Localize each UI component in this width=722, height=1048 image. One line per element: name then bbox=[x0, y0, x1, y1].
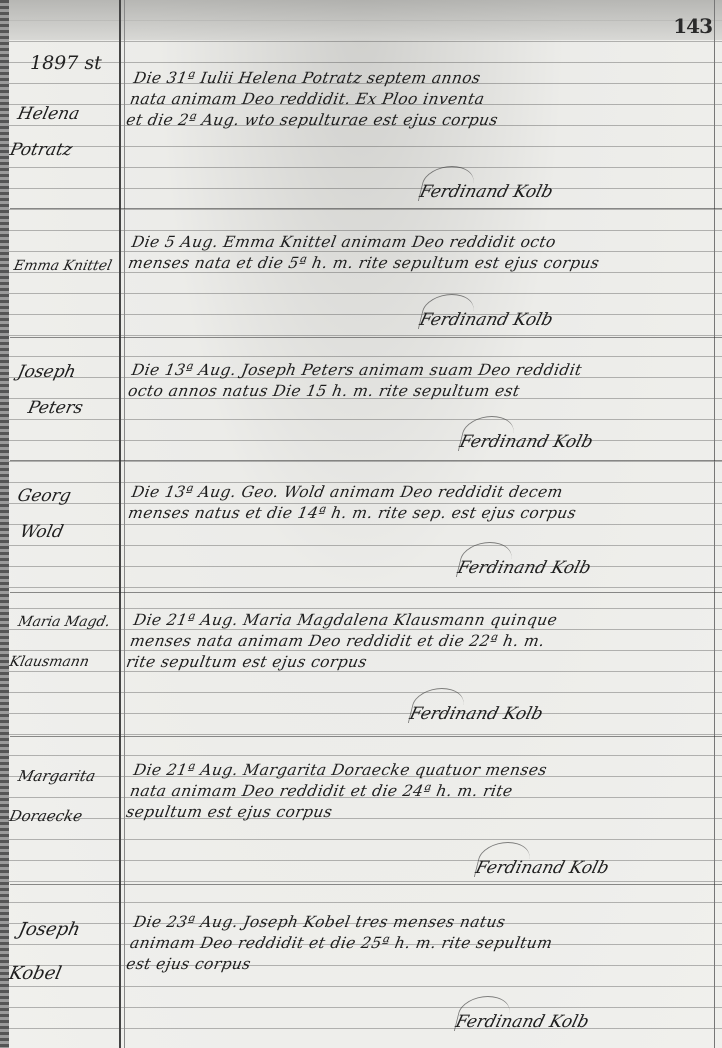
entry-divider bbox=[10, 460, 722, 461]
register-page: 143 1897 st Helena Potratz Die 31ª Iulii… bbox=[0, 0, 722, 1048]
text-line: menses nata et die 5ª h. m. rite sepultu… bbox=[126, 253, 715, 274]
text-line: menses natus et die 14ª h. m. rite sep. … bbox=[126, 503, 715, 524]
text-line: et die 2ª Aug. wto sepulturae est ejus c… bbox=[124, 110, 713, 131]
name-line: Georg bbox=[14, 478, 126, 514]
priest-signature: Ferdinand Kolb bbox=[458, 432, 722, 452]
entry-text: Die 21ª Aug. Maria Magdalena Klausmann q… bbox=[124, 610, 720, 673]
name-line: Emma Knittel bbox=[10, 248, 122, 284]
priest-signature: Ferdinand Kolb bbox=[418, 310, 713, 330]
entry-text: Die 13ª Aug. Joseph Peters animam suam D… bbox=[126, 360, 718, 402]
priest-signature: Ferdinand Kolb bbox=[408, 704, 703, 724]
text-line: est ejus corpus bbox=[124, 954, 713, 975]
entry-name: Helena Potratz bbox=[6, 96, 125, 168]
name-line: Joseph bbox=[14, 908, 127, 952]
entry-divider bbox=[10, 337, 722, 338]
entry-text: Die 31ª Iulii Helena Potratz septem anno… bbox=[124, 68, 720, 131]
entry-name: Margarita Doraecke bbox=[5, 756, 126, 836]
name-line: Margarita bbox=[14, 756, 127, 796]
entry-name: Georg Wold bbox=[6, 478, 125, 550]
entry-text: Die 21ª Aug. Margarita Doraecke quatuor … bbox=[124, 760, 720, 823]
text-line: Die 21ª Aug. Maria Magdalena Klausmann q… bbox=[132, 610, 721, 631]
name-line: Potratz bbox=[6, 132, 118, 168]
name-column-rule bbox=[119, 0, 121, 1048]
priest-signature: Ferdinand Kolb bbox=[474, 858, 722, 878]
name-line: Kobel bbox=[5, 952, 118, 996]
text-line: menses nata animam Deo reddidit et die 2… bbox=[128, 631, 717, 652]
priest-signature: Ferdinand Kolb bbox=[454, 1012, 722, 1032]
entry-text: Die 13ª Aug. Geo. Wold animam Deo reddid… bbox=[126, 482, 718, 524]
entry-name: Maria Magd. Klausmann bbox=[5, 602, 126, 682]
text-line: nata animam Deo reddidit. Ex Ploo invent… bbox=[128, 89, 717, 110]
entry-divider bbox=[10, 208, 722, 209]
entry-divider bbox=[10, 592, 722, 593]
name-line: Doraecke bbox=[5, 796, 118, 836]
text-line: Die 13ª Aug. Geo. Wold animam Deo reddid… bbox=[130, 482, 719, 503]
name-line: Joseph bbox=[14, 354, 126, 390]
name-line: Helena bbox=[14, 96, 126, 132]
text-line: Die 31ª Iulii Helena Potratz septem anno… bbox=[132, 68, 721, 89]
text-line: nata animam Deo reddidit et die 24ª h. m… bbox=[128, 781, 717, 802]
page-number: 143 bbox=[673, 14, 712, 38]
text-line: Die 13ª Aug. Joseph Peters animam suam D… bbox=[130, 360, 719, 381]
name-line: Klausmann bbox=[5, 642, 118, 682]
name-line: Maria Magd. bbox=[14, 602, 127, 642]
entry-name: Joseph Kobel bbox=[5, 908, 128, 996]
year-marker: 1897 st bbox=[30, 52, 102, 74]
text-line: Die 23ª Aug. Joseph Kobel tres menses na… bbox=[132, 912, 721, 933]
text-line: sepultum est ejus corpus bbox=[124, 802, 713, 823]
right-margin-rule bbox=[714, 0, 715, 1048]
entry-name: Emma Knittel bbox=[10, 248, 122, 284]
text-line: Die 21ª Aug. Margarita Doraecke quatuor … bbox=[132, 760, 721, 781]
entry-divider bbox=[10, 736, 722, 737]
name-line: Wold bbox=[6, 514, 118, 550]
page-top-shadow bbox=[0, 0, 722, 40]
entry-text: Die 23ª Aug. Joseph Kobel tres menses na… bbox=[124, 912, 720, 975]
text-line: rite sepultum est ejus corpus bbox=[124, 652, 713, 673]
text-line: animam Deo reddidit et die 25ª h. m. rit… bbox=[128, 933, 717, 954]
name-column-rule-inner bbox=[124, 0, 125, 1048]
text-line: Die 5 Aug. Emma Knittel animam Deo reddi… bbox=[130, 232, 719, 253]
entry-divider bbox=[10, 884, 722, 885]
priest-signature: Ferdinand Kolb bbox=[456, 558, 722, 578]
text-line: octo annos natus Die 15 h. m. rite sepul… bbox=[126, 381, 715, 402]
entry-text: Die 5 Aug. Emma Knittel animam Deo reddi… bbox=[126, 232, 718, 274]
name-line: Peters bbox=[6, 390, 118, 426]
priest-signature: Ferdinand Kolb bbox=[418, 182, 713, 202]
entry-name: Joseph Peters bbox=[6, 354, 125, 426]
